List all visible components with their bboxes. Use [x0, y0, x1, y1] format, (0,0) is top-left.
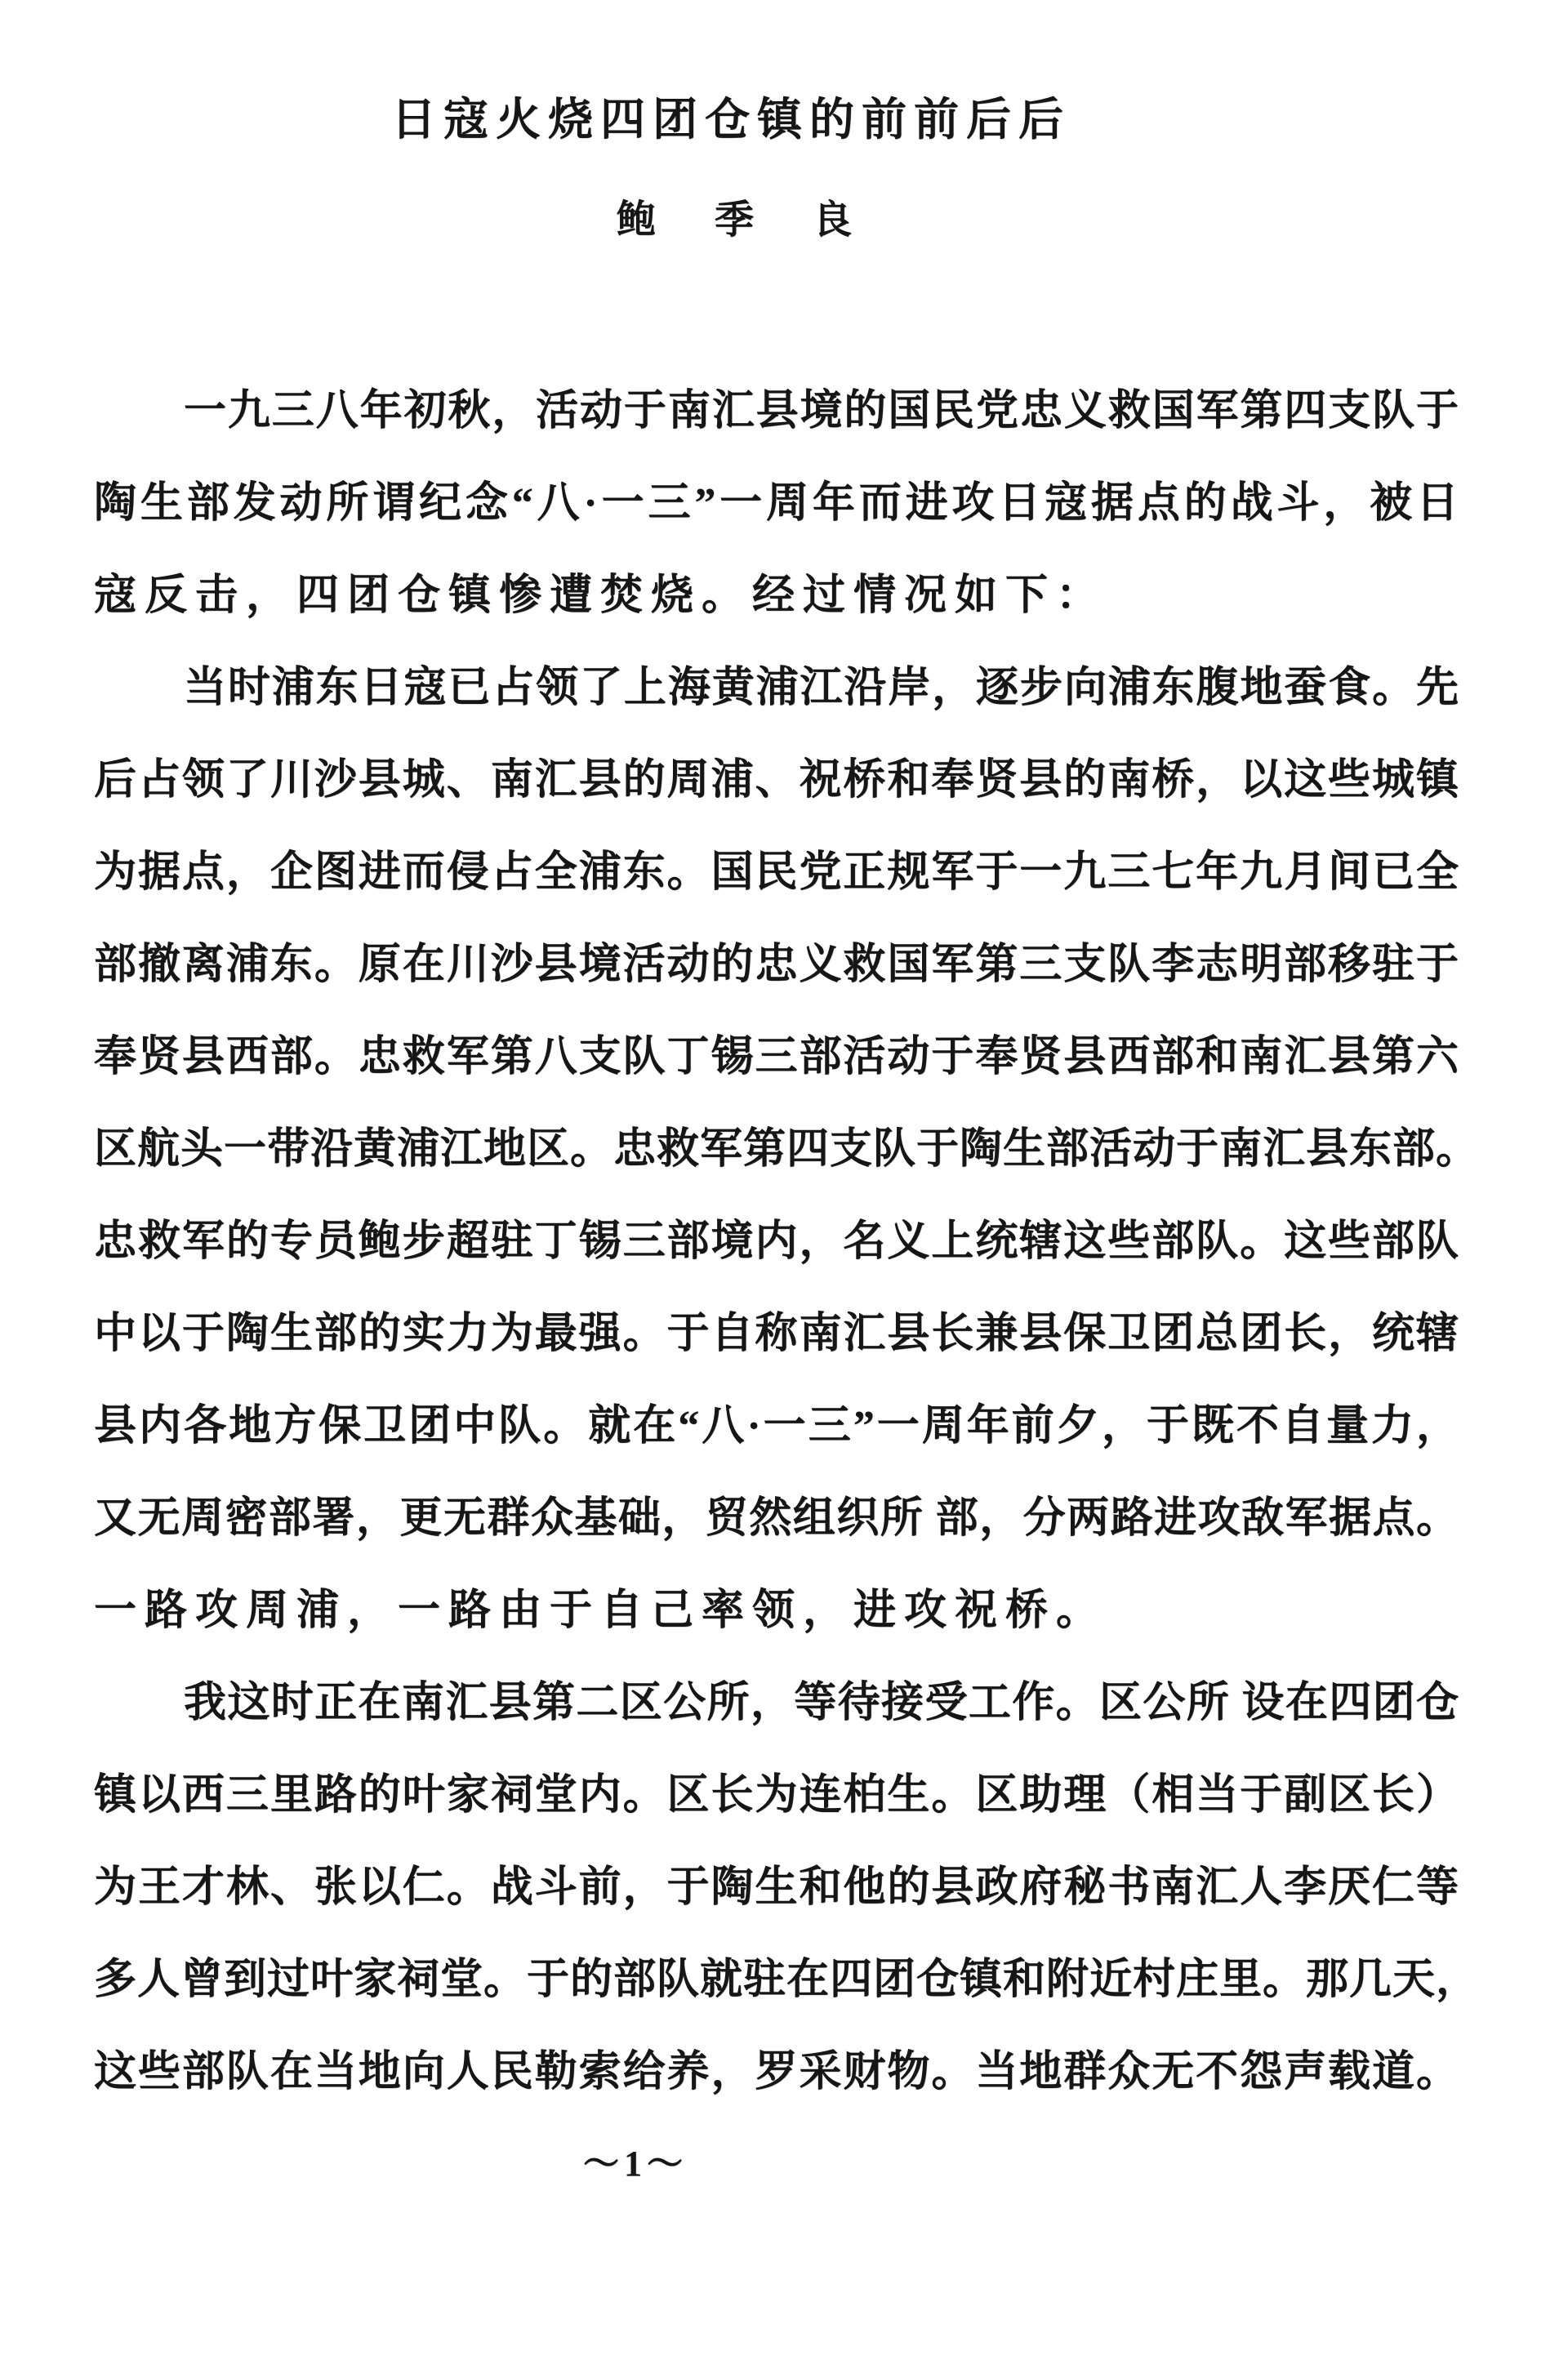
text-line: 为王才林、张以仁。战斗前，于陶生和他的县政府秘书南汇人李厌仁等: [94, 1841, 1459, 1934]
paragraph-1: 一九三八年初秋，活动于南汇县境的国民党忠义救国军第四支队于 陶生部发动所谓纪念“…: [94, 365, 1459, 642]
paragraph-3: 我这时正在南汇县第二区公所，等待接受工作。区公所 设在四团仓 镇以西三里路的叶家…: [94, 1657, 1459, 2118]
text-line: 区航头一带沿黄浦江地区。忠救军第四支队于陶生部活动于南汇县东部。: [94, 1103, 1459, 1196]
text-line: 为据点，企图进而侵占全浦东。国民党正规军于一九三七年九月间已全: [94, 826, 1459, 919]
paragraph-2: 当时浦东日寇已占领了上海黄浦江沿岸，逐步向浦东腹地蚕食。先 后占领了川沙县城、南…: [94, 642, 1459, 1657]
text-line: 一九三八年初秋，活动于南汇县境的国民党忠义救国军第四支队于: [94, 365, 1459, 457]
text-line: 又无周密部署，更无群众基础，贸然组织所 部，分两路进攻敌军据点。: [94, 1472, 1459, 1565]
document-title: 日寇火烧四团仓镇的前前后后: [0, 91, 1515, 149]
text-line: 奉贤县西部。忠救军第八支队丁锡三部活动于奉贤县西部和南汇县第六: [94, 1011, 1459, 1103]
page-number: ～1～: [0, 2141, 1419, 2187]
author-name: 鲍 季 良: [0, 194, 1523, 247]
text-line: 当时浦东日寇已占领了上海黄浦江沿岸，逐步向浦东腹地蚕食。先: [94, 642, 1459, 734]
text-line: 我这时正在南汇县第二区公所，等待接受工作。区公所 设在四团仓: [94, 1657, 1459, 1749]
text-line: 忠救军的专员鲍步超驻丁锡三部境内，名义上统辖这些部队。这些部队: [94, 1196, 1459, 1288]
text-line: 一路攻周浦，一路由于自己率领，进攻祝桥。: [94, 1565, 1459, 1657]
text-line: 这些部队在当地向人民勒索给养，罗采财物。当地群众无不怨声载道。: [94, 2026, 1459, 2118]
text-line: 镇以西三里路的叶家祠堂内。区长为连柏生。区助理（相当于副区长）: [94, 1749, 1459, 1841]
text-line: 部撤离浦东。原在川沙县境活动的忠义救国军第三支队李志明部移驻于: [94, 919, 1459, 1011]
document-body: 一九三八年初秋，活动于南汇县境的国民党忠义救国军第四支队于 陶生部发动所谓纪念“…: [94, 365, 1459, 2118]
text-line: 寇反击，四团仓镇惨遭焚烧。经过情况如下：: [94, 550, 1459, 642]
text-line: 多人曾到过叶家祠堂。于的部队就驻在四团仓镇和附近村庄里。那几天，: [94, 1934, 1459, 2026]
text-line: 陶生部发动所谓纪念“八·一三”一周年而进攻日寇据点的战斗，被日: [94, 457, 1459, 550]
text-line: 县内各地方保卫团中队。就在“八·一三”一周年前夕，于既不自量力，: [94, 1380, 1459, 1472]
scanned-document-page: 日寇火烧四团仓镇的前前后后 鲍 季 良 一九三八年初秋，活动于南汇县境的国民党忠…: [0, 0, 1568, 2369]
text-line: 中以于陶生部的实力为最强。于自称南汇县长兼县保卫团总团长，统辖: [94, 1288, 1459, 1380]
text-line: 后占领了川沙县城、南汇县的周浦、祝桥和奉贤县的南桥，以这些城镇: [94, 734, 1459, 826]
